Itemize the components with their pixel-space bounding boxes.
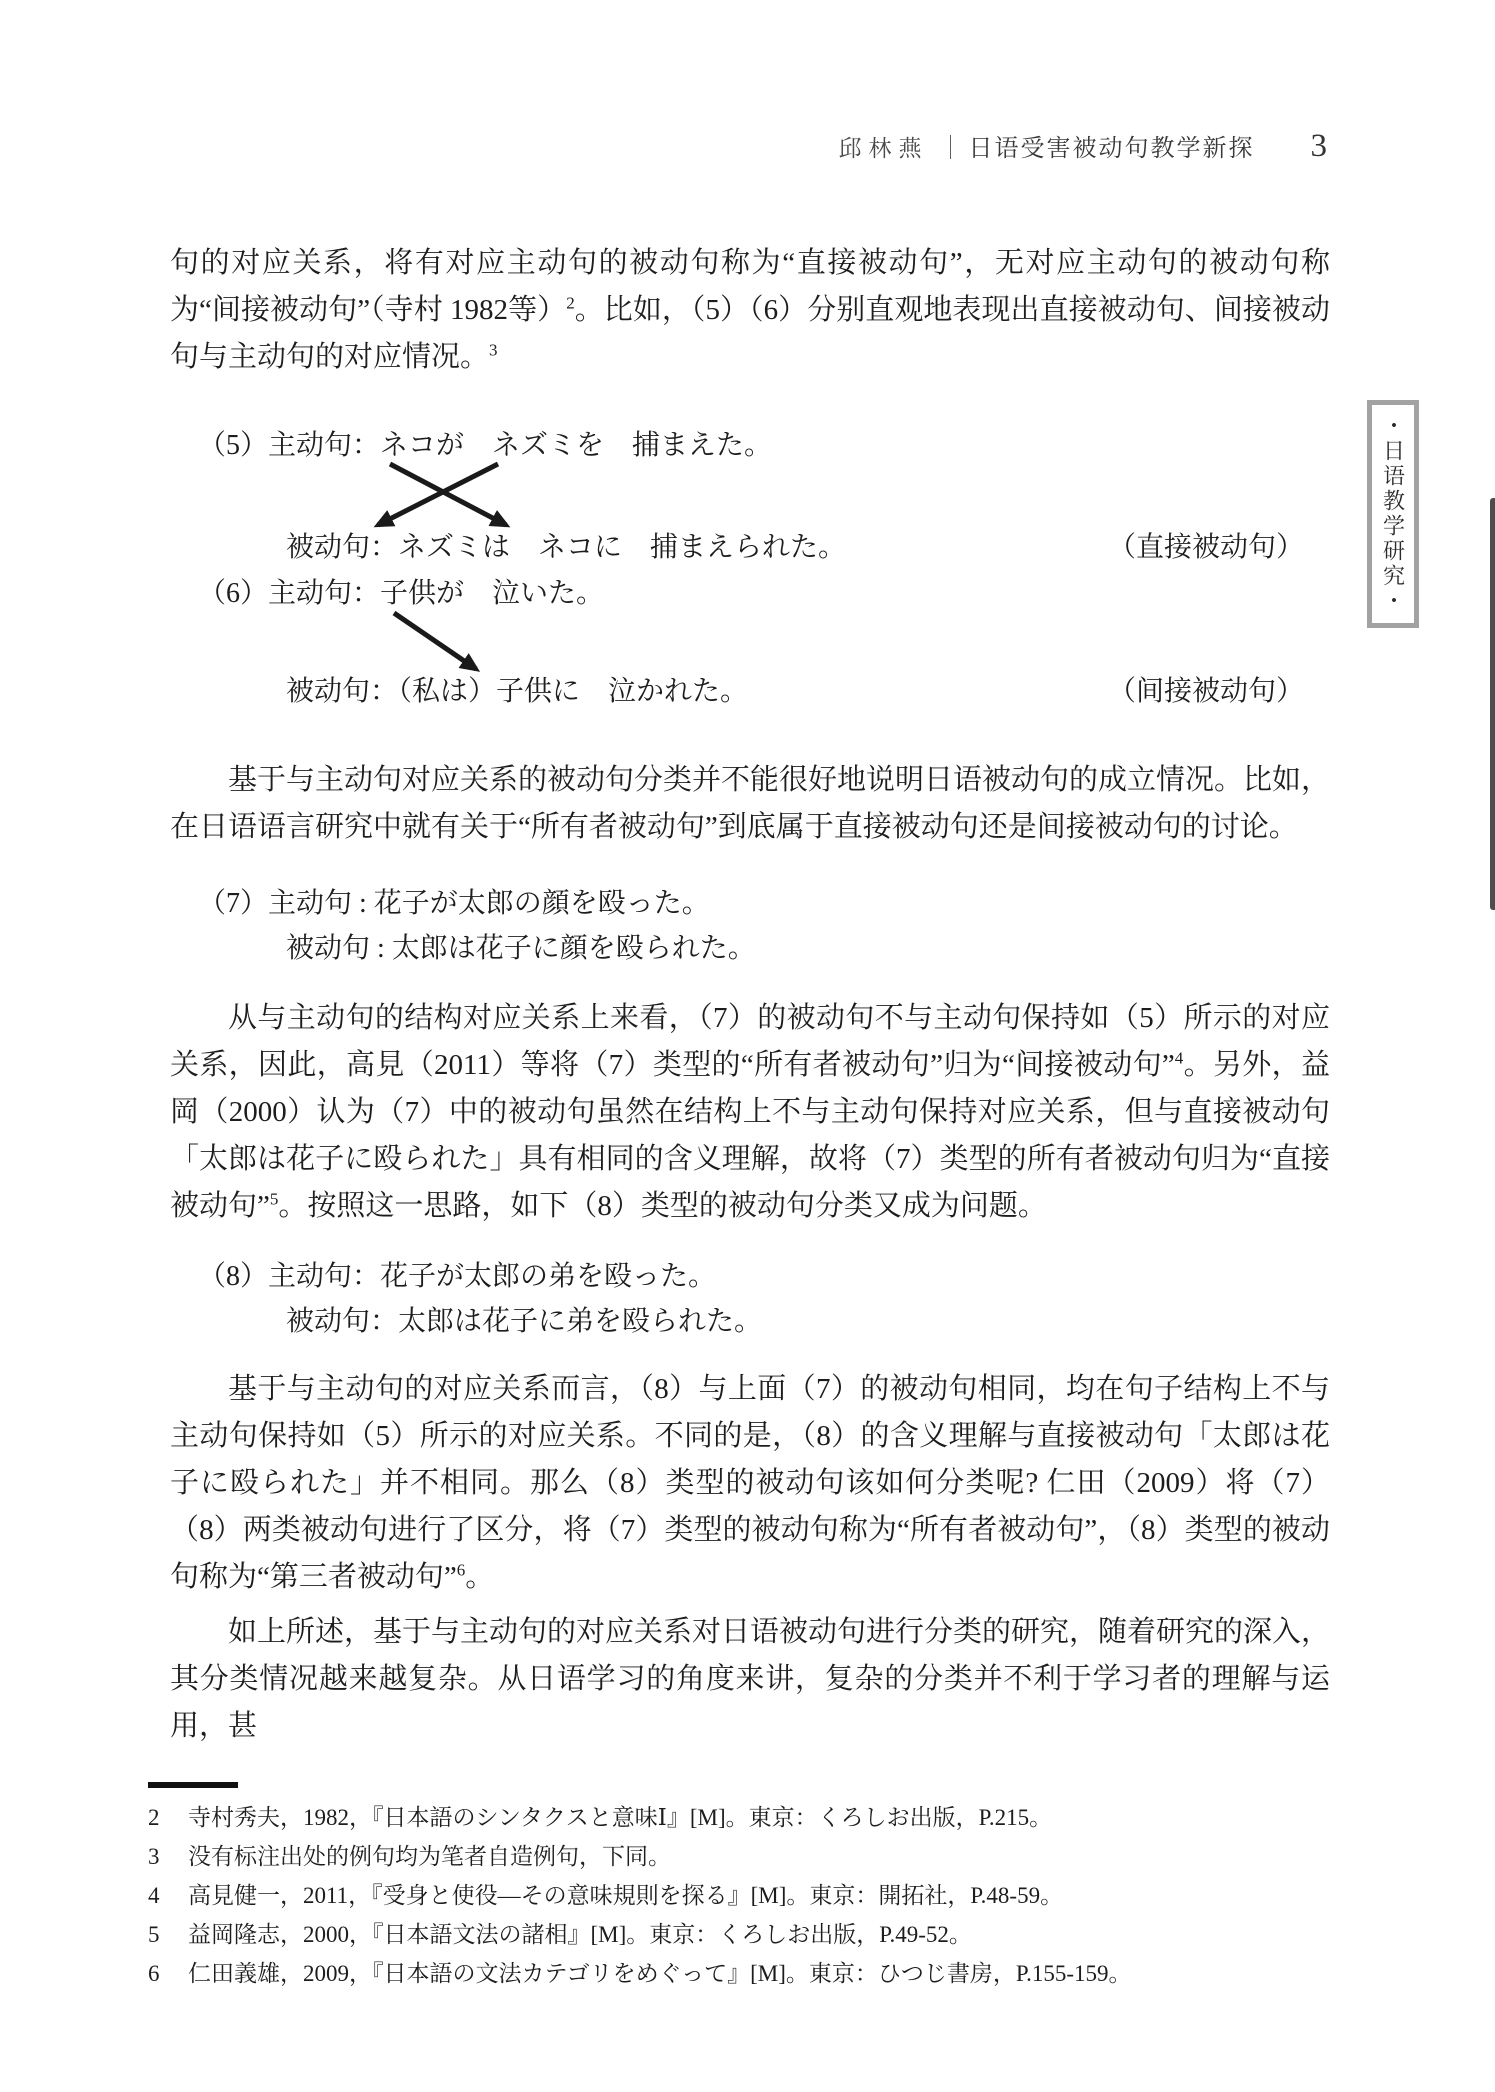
article-title: 日语受害被动句教学新探 xyxy=(969,128,1255,163)
passive-sentence: （私は）子供に 泣かれた。 xyxy=(398,676,748,707)
correspondence-arrow-icon xyxy=(198,609,1330,677)
example-5-active-line: （5）主动句：ネコが ネズミを 捕まえた。 xyxy=(198,431,1330,461)
example-label: 被动句： xyxy=(286,1306,398,1337)
document-page: 邱林燕 ｜ 日语受害被动句教学新探 3 ・日语教学研究・ 句的对应关系，将有对应… xyxy=(0,0,1495,2092)
footnote-text: 仁田義雄，2009，『日本語の文法カテゴリをめぐって』[M]。東京：ひつじ書房，… xyxy=(188,1954,1132,1993)
author-name: 邱林燕 xyxy=(839,130,929,163)
active-sentence: 子供が 泣いた。 xyxy=(380,578,604,609)
footnote-text: 高見健一，2011，『受身と使役―その意味規則を探る』[M]。東京：開拓社，P.… xyxy=(188,1876,1063,1915)
passive-sentence-group: 被动句：ネズミは ネコに 捕まえられた。 xyxy=(198,533,846,563)
text-segment: 基于与主动句对应关系的被动句分类并不能很好地说明日语被动句的成立情况。比如，在日… xyxy=(170,764,1330,843)
footnote-item: 6 仁田義雄，2009，『日本語の文法カテゴリをめぐって』[M]。東京：ひつじ書… xyxy=(148,1954,1330,1993)
example-6-active-line: （6）主动句：子供が 泣いた。 xyxy=(198,579,1330,609)
footnote-ref-2: 2 xyxy=(566,293,575,312)
example-label: 被动句： xyxy=(286,676,398,707)
active-sentence: 花子が太郎の顔を殴った。 xyxy=(374,888,710,919)
passive-type-tag: （直接被动句） xyxy=(1108,533,1304,563)
text-segment: 如上所述，基于与主动句的对应关系对日语被动句进行分类的研究，随着研究的深入，其分… xyxy=(170,1616,1330,1742)
footnote-number: 5 xyxy=(148,1915,188,1954)
journal-section-label: ・日语教学研究・ xyxy=(1378,414,1409,614)
paragraph-4: 基于与主动句的对应关系而言，（8）与上面（7）的被动句相同，均在句子结构上不与主… xyxy=(170,1366,1330,1601)
example-6-passive-line: 被动句：（私は）子供に 泣かれた。 （间接被动句） xyxy=(198,677,1330,707)
cross-correspondence-arrows-icon xyxy=(198,461,1330,533)
passive-sentence: 太郎は花子に顔を殴られた。 xyxy=(392,933,756,964)
footnote-text: 寺村秀夫，1982，『日本語のシンタクスと意味Ⅰ』[M]。東京：くろしお出版，P… xyxy=(188,1798,1052,1837)
active-sentence: 花子が太郎の弟を殴った。 xyxy=(380,1261,716,1292)
passive-type-tag: （间接被动句） xyxy=(1108,677,1304,707)
passive-sentence: 太郎は花子に弟を殴られた。 xyxy=(398,1306,762,1337)
example-5: （5）主动句：ネコが ネズミを 捕まえた。 被动句：ネズミは ネコに 捕まえられ… xyxy=(198,431,1330,563)
footnote-separator xyxy=(148,1782,238,1788)
footnote-ref-3: 3 xyxy=(489,340,498,359)
example-7: （7）主动句 : 花子が太郎の顔を殴った。 被动句 : 太郎は花子に顔を殴られた… xyxy=(198,881,1330,971)
text-segment: 。按照这一思路，如下（8）类型的被动句分类又成为问题。 xyxy=(278,1190,1047,1222)
text-segment: 从与主动句的结构对应关系上来看，（7）的被动句不与主动句保持如（5）所示的对应关… xyxy=(170,1002,1330,1081)
page-number: 3 xyxy=(1311,128,1328,165)
scan-artifact xyxy=(1490,498,1495,910)
passive-sentence-group: 被动句：（私は）子供に 泣かれた。 xyxy=(198,677,748,707)
example-8-passive-line: 被动句：太郎は花子に弟を殴られた。 xyxy=(198,1299,1330,1344)
example-label: （6）主动句： xyxy=(198,578,380,609)
footnote-number: 4 xyxy=(148,1876,188,1915)
example-label: （5）主动句： xyxy=(198,430,380,461)
footnote-item: 3 没有标注出处的例句均为笔者自造例句，下同。 xyxy=(148,1837,1330,1876)
footnote-text: 没有标注出处的例句均为笔者自造例句，下同。 xyxy=(188,1837,671,1876)
active-sentence: ネコが ネズミを 捕まえた。 xyxy=(380,430,772,461)
example-8: （8）主动句：花子が太郎の弟を殴った。 被动句：太郎は花子に弟を殴られた。 xyxy=(198,1254,1330,1344)
text-segment: 基于与主动句的对应关系而言，（8）与上面（7）的被动句相同，均在句子结构上不与主… xyxy=(170,1373,1330,1593)
footnote-text: 益岡隆志，2000，『日本語文法の諸相』[M]。東京：くろしお出版，P.49-5… xyxy=(188,1915,972,1954)
footnote-number: 6 xyxy=(148,1954,188,1993)
paragraph-1: 句的对应关系，将有对应主动句的被动句称为“直接被动句”，无对应主动句的被动句称为… xyxy=(170,240,1330,381)
footnote-item: 4 高見健一，2011，『受身と使役―その意味規則を探る』[M]。東京：開拓社，… xyxy=(148,1876,1330,1915)
page-header: 邱林燕 ｜ 日语受害被动句教学新探 3 xyxy=(0,128,1327,165)
text-segment: 。 xyxy=(465,1561,494,1593)
journal-section-tab: ・日语教学研究・ xyxy=(1367,400,1419,628)
footnote-number: 2 xyxy=(148,1798,188,1837)
example-7-active-line: （7）主动句 : 花子が太郎の顔を殴った。 xyxy=(198,881,1330,926)
header-divider: ｜ xyxy=(939,128,963,163)
example-label: （7）主动句 : xyxy=(198,888,374,919)
passive-sentence: ネズミは ネコに 捕まえられた。 xyxy=(398,532,846,563)
footnote-item: 2 寺村秀夫，1982，『日本語のシンタクスと意味Ⅰ』[M]。東京：くろしお出版… xyxy=(148,1798,1330,1837)
example-7-passive-line: 被动句 : 太郎は花子に顔を殴られた。 xyxy=(198,926,1330,971)
footnote-number: 3 xyxy=(148,1837,188,1876)
footnote-ref-4: 4 xyxy=(1175,1048,1184,1067)
footnote-item: 5 益岡隆志，2000，『日本語文法の諸相』[M]。東京：くろしお出版，P.49… xyxy=(148,1915,1330,1954)
paragraph-3: 从与主动句的结构对应关系上来看，（7）的被动句不与主动句保持如（5）所示的对应关… xyxy=(170,995,1330,1230)
example-label: 被动句： xyxy=(286,532,398,563)
article-body: 句的对应关系，将有对应主动句的被动句称为“直接被动句”，无对应主动句的被动句称为… xyxy=(170,240,1330,1993)
example-5-passive-line: 被动句：ネズミは ネコに 捕まえられた。 （直接被动句） xyxy=(198,533,1330,563)
example-6: （6）主动句：子供が 泣いた。 被动句：（私は）子供に 泣かれた。 （间接被动句… xyxy=(198,579,1330,707)
example-label: 被动句 : xyxy=(286,933,392,964)
footnote-ref-6: 6 xyxy=(457,1560,466,1579)
paragraph-5: 如上所述，基于与主动句的对应关系对日语被动句进行分类的研究，随着研究的深入，其分… xyxy=(170,1609,1330,1750)
paragraph-2: 基于与主动句对应关系的被动句分类并不能很好地说明日语被动句的成立情况。比如，在日… xyxy=(170,757,1330,851)
footnotes-section: 2 寺村秀夫，1982，『日本語のシンタクスと意味Ⅰ』[M]。東京：くろしお出版… xyxy=(148,1798,1330,1993)
example-8-active-line: （8）主动句：花子が太郎の弟を殴った。 xyxy=(198,1254,1330,1299)
example-label: （8）主动句： xyxy=(198,1261,380,1292)
